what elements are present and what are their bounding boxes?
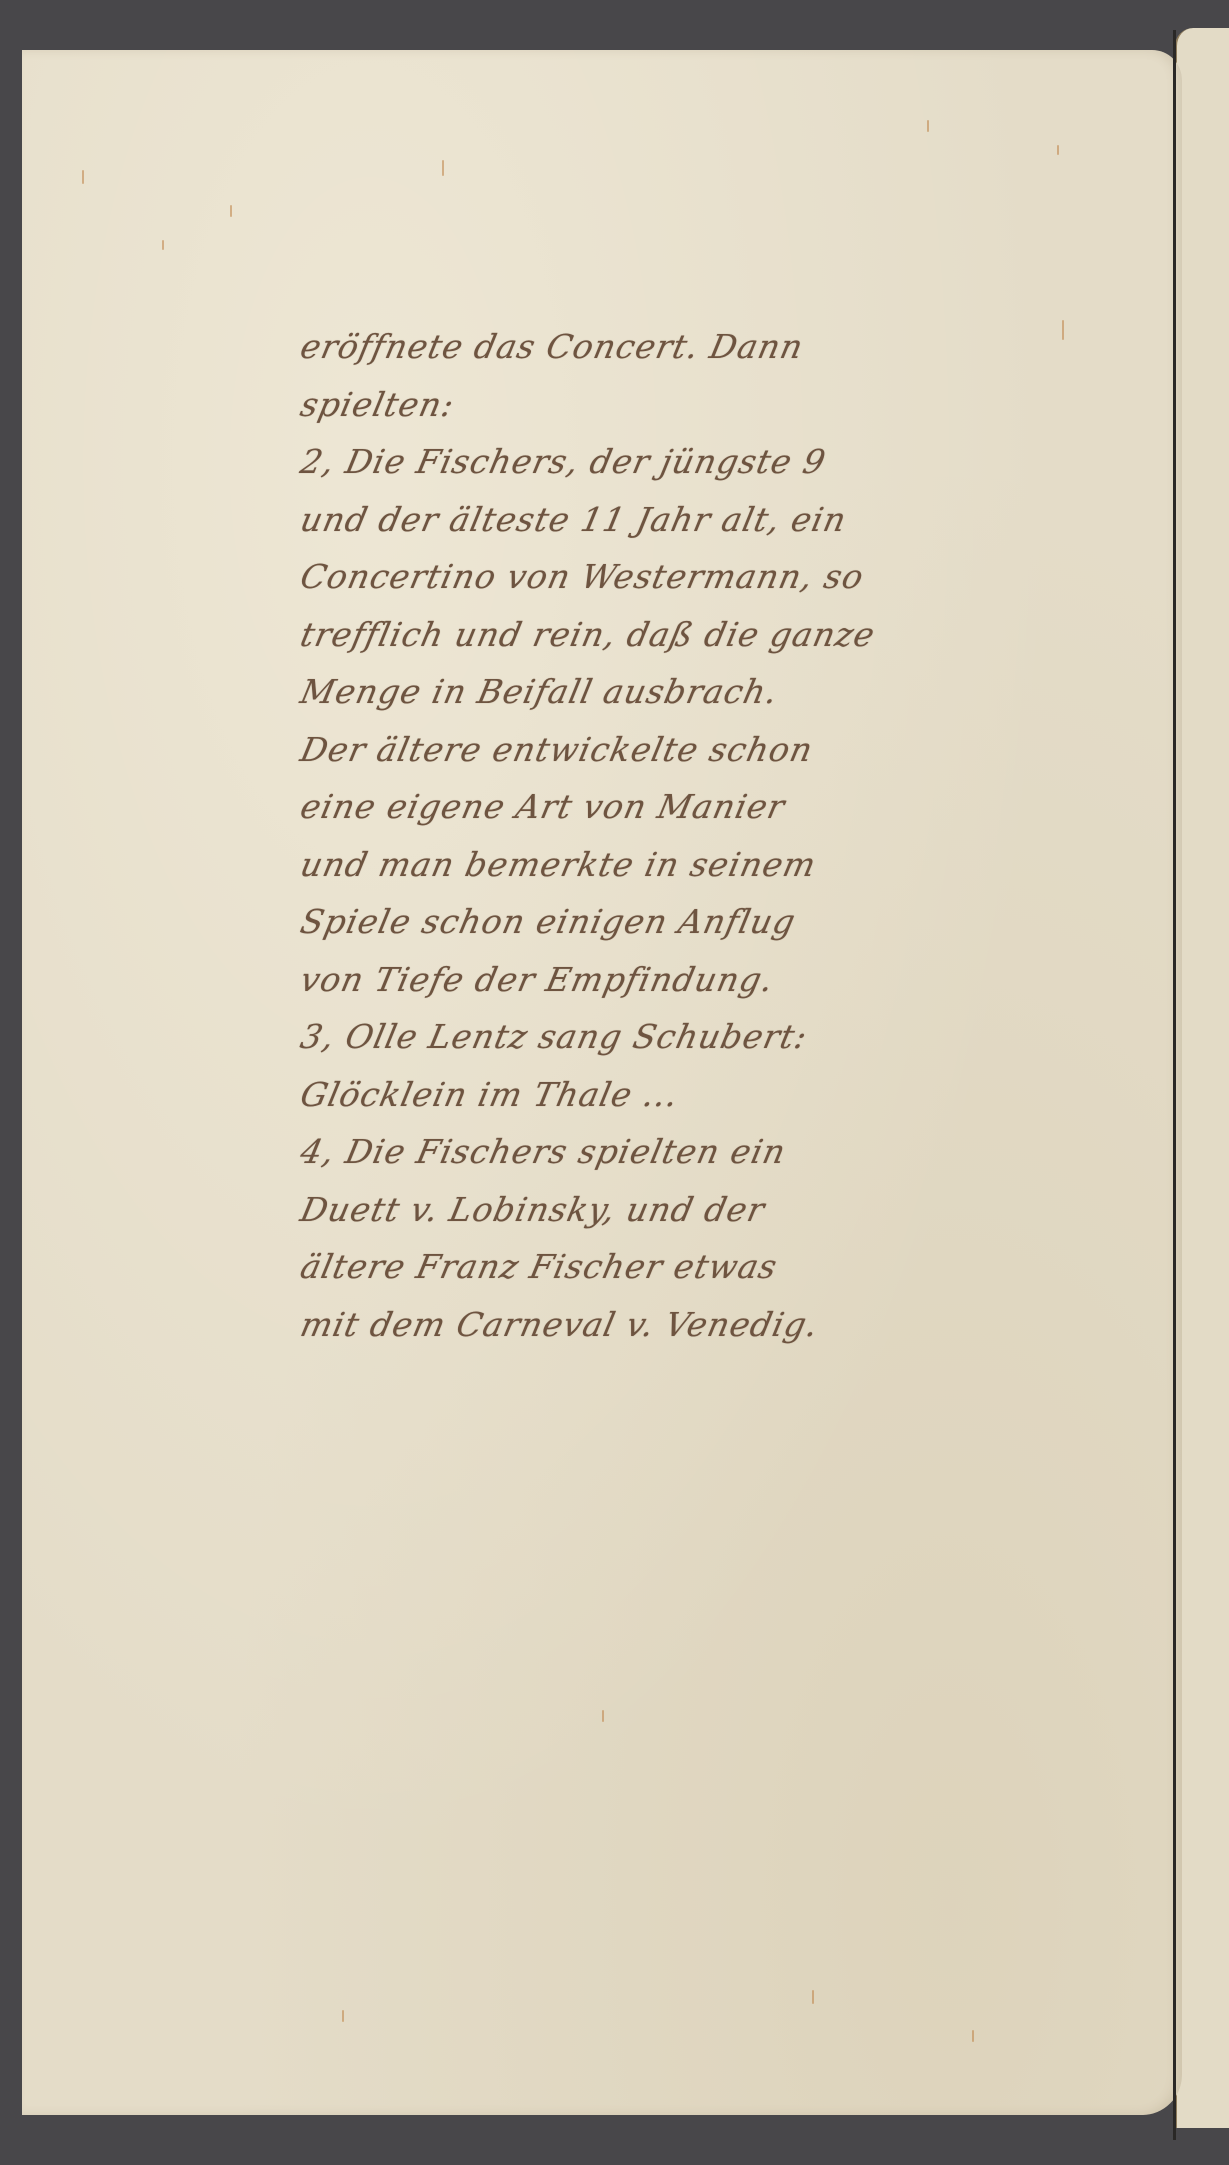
- text-line: 3, Olle Lentz sang Schubert:: [295, 1008, 1087, 1066]
- text-line: und man bemerkte in seinem: [295, 836, 1087, 894]
- paper-fiber: [442, 160, 444, 176]
- paper-fiber: [972, 2030, 974, 2042]
- paper-fiber: [230, 205, 232, 217]
- paper-fiber: [162, 240, 164, 250]
- text-line: ältere Franz Fischer etwas: [295, 1238, 1087, 1296]
- handwritten-text-block: eröffnete das Concert. Dann spielten: 2,…: [295, 318, 1075, 1353]
- text-line: 2, Die Fischers, der jüngste 9: [295, 433, 1087, 491]
- text-line: eröffnete das Concert. Dann: [295, 318, 1087, 376]
- text-line: 4, Die Fischers spielten ein: [295, 1123, 1087, 1181]
- text-line: trefflich und rein, daß die ganze: [295, 606, 1087, 664]
- text-line: und der älteste 11 Jahr alt, ein: [295, 491, 1087, 549]
- text-line: Der ältere entwickelte schon: [295, 721, 1087, 779]
- text-line: Concertino von Westermann, so: [295, 548, 1087, 606]
- text-line: Spiele schon einigen Anflug: [295, 893, 1087, 951]
- paper-fiber: [927, 120, 929, 132]
- text-line: Glöcklein im Thale ...: [295, 1066, 1087, 1124]
- text-line: spielten:: [295, 376, 1087, 434]
- text-line: von Tiefe der Empfindung.: [295, 951, 1087, 1009]
- paper-fiber: [602, 1710, 604, 1722]
- text-line: Duett v. Lobinsky, und der: [295, 1181, 1087, 1239]
- paper-fiber: [812, 1990, 814, 2004]
- text-line: Menge in Beifall ausbrach.: [295, 663, 1087, 721]
- text-line: eine eigene Art von Manier: [295, 778, 1087, 836]
- text-line: mit dem Carneval v. Venedig.: [295, 1296, 1087, 1354]
- book-gutter: [1173, 30, 1176, 2140]
- paper-fiber: [1057, 145, 1059, 155]
- paper-fiber: [342, 2010, 344, 2022]
- adjacent-page-edge: [1175, 28, 1229, 2128]
- paper-fiber: [82, 170, 84, 184]
